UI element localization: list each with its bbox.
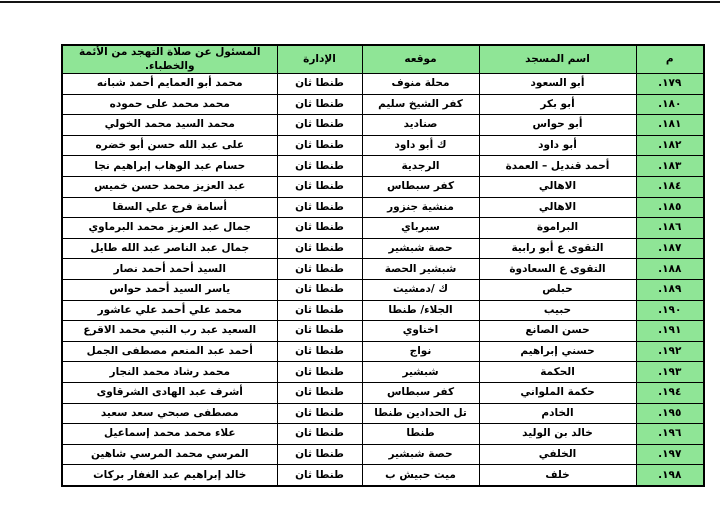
cell-admin: طنطا ثان (277, 218, 362, 239)
table-row: ١٩٤.حكمة الملوانيكفر سبطاسطنطا ثانأشرف ع… (62, 382, 704, 403)
table-row: ١٩٢.حسني إبراهيمنواجطنطا ثانأحمد عبد الم… (62, 341, 704, 362)
cell-num: ١٨٤. (636, 176, 704, 197)
cell-num: ١٩١. (636, 321, 704, 342)
cell-mosque: أحمد قنديل – العمدة (479, 156, 636, 177)
cell-admin: طنطا ثان (277, 424, 362, 445)
cell-location: الرجدية (362, 156, 479, 177)
cell-admin: طنطا ثان (277, 156, 362, 177)
cell-admin: طنطا ثان (277, 135, 362, 156)
cell-location: شبشير (362, 362, 479, 383)
cell-mosque: حبيب (479, 300, 636, 321)
cell-mosque: الخادم (479, 403, 636, 424)
cell-num: ١٨٢. (636, 135, 704, 156)
table-row: ١٩٠.حبيبالجلاء/ طنطاطنطا ثانمحمد علي أحم… (62, 300, 704, 321)
table-row: ١٩٥.الخادمتل الحدادين طنطاطنطا ثانمصطفى … (62, 403, 704, 424)
table-header-row: م اسم المسجد موقعه الإدارة المسئول عن صل… (62, 45, 704, 74)
document-page: م اسم المسجد موقعه الإدارة المسئول عن صل… (0, 0, 720, 509)
cell-num: ١٧٩. (636, 74, 704, 95)
cell-num: ١٩٨. (636, 465, 704, 486)
cell-responsible: محمد علي أحمد علي عاشور (62, 300, 277, 321)
cell-admin: طنطا ثان (277, 382, 362, 403)
cell-admin: طنطا ثان (277, 362, 362, 383)
cell-num: ١٨٥. (636, 197, 704, 218)
cell-admin: طنطا ثان (277, 74, 362, 95)
cell-num: ١٨٠. (636, 94, 704, 115)
cell-location: تل الحدادين طنطا (362, 403, 479, 424)
cell-mosque: التقوى ع السعادوة (479, 259, 636, 280)
cell-admin: طنطا ثان (277, 300, 362, 321)
cell-location: طنطا (362, 424, 479, 445)
cell-num: ١٨٩. (636, 279, 704, 300)
cell-location: ك أبو داود (362, 135, 479, 156)
cell-responsible: جمال عبد الناصر عبد الله طايل (62, 238, 277, 259)
cell-responsible: خالد إبراهيم عبد الغفار بركات (62, 465, 277, 486)
cell-admin: طنطا ثان (277, 115, 362, 136)
cell-responsible: السيد أحمد أحمد نصار (62, 259, 277, 280)
cell-location: سبرباي (362, 218, 479, 239)
cell-admin: طنطا ثان (277, 197, 362, 218)
cell-num: ١٩٦. (636, 424, 704, 445)
cell-location: محلة منوف (362, 74, 479, 95)
cell-location: منشية جنزور (362, 197, 479, 218)
top-rule-divider (0, 1, 720, 3)
cell-responsible: محمد السيد محمد الخولي (62, 115, 277, 136)
table-row: ١٧٩.أبو السعودمحلة منوفطنطا ثانمحمد أبو … (62, 74, 704, 95)
table-row: ١٨٣.أحمد قنديل – العمدةالرجديةطنطا ثانحس… (62, 156, 704, 177)
header-mosque-name: اسم المسجد (479, 45, 636, 74)
cell-admin: طنطا ثان (277, 259, 362, 280)
cell-responsible: علاء محمد محمد إسماعيل (62, 424, 277, 445)
cell-admin: طنطا ثان (277, 341, 362, 362)
cell-admin: طنطا ثان (277, 465, 362, 486)
cell-location: الجلاء/ طنطا (362, 300, 479, 321)
cell-admin: طنطا ثان (277, 444, 362, 465)
cell-admin: طنطا ثان (277, 403, 362, 424)
cell-admin: طنطا ثان (277, 321, 362, 342)
table-row: ١٨٨.التقوى ع السعادوةشبشير الحصةطنطا ثان… (62, 259, 704, 280)
cell-responsible: السعيد عبد رب النبي محمد الاقرع (62, 321, 277, 342)
table-row: ١٩٣.الحكمةشبشيرطنطا ثانمحمد رشاد محمد ال… (62, 362, 704, 383)
cell-num: ١٨٣. (636, 156, 704, 177)
cell-location: حصة شبشير (362, 238, 479, 259)
cell-responsible: مصطفى صبحي سعد سعيد (62, 403, 277, 424)
cell-mosque: حبلص (479, 279, 636, 300)
cell-num: ١٨١. (636, 115, 704, 136)
cell-mosque: الاهالي (479, 176, 636, 197)
cell-location: ك /دمشيت (362, 279, 479, 300)
table-header: م اسم المسجد موقعه الإدارة المسئول عن صل… (62, 45, 704, 74)
cell-num: ١٩٠. (636, 300, 704, 321)
cell-mosque: حسن الصانع (479, 321, 636, 342)
cell-responsible: أشرف عبد الهادى الشرقاوى (62, 382, 277, 403)
cell-num: ١٩٧. (636, 444, 704, 465)
cell-admin: طنطا ثان (277, 94, 362, 115)
cell-responsible: على عبد الله حسن أبو خضره (62, 135, 277, 156)
cell-num: ١٨٨. (636, 259, 704, 280)
cell-location: شبشير الحصة (362, 259, 479, 280)
cell-admin: طنطا ثان (277, 238, 362, 259)
cell-mosque: أبو السعود (479, 74, 636, 95)
cell-responsible: عبد العزيز محمد حسن خميس (62, 176, 277, 197)
table-row: ١٨٩.حبلصك /دمشيتطنطا ثانياسر السيد أحمد … (62, 279, 704, 300)
cell-mosque: خلف (479, 465, 636, 486)
cell-admin: طنطا ثان (277, 176, 362, 197)
cell-location: كفر الشيخ سليم (362, 94, 479, 115)
table-row: ١٨٦.البراموةسبربايطنطا ثانجمال عبد العزي… (62, 218, 704, 239)
cell-responsible: ياسر السيد أحمد حواس (62, 279, 277, 300)
header-administration: الإدارة (277, 45, 362, 74)
table-row: ١٩٨.خلفميت حبيش بطنطا ثانخالد إبراهيم عب… (62, 465, 704, 486)
cell-mosque: التقوى ع أبو رابية (479, 238, 636, 259)
table-row: ١٩١.حسن الصانعاخناويطنطا ثانالسعيد عبد ر… (62, 321, 704, 342)
cell-mosque: الاهالي (479, 197, 636, 218)
cell-mosque: أبو حواس (479, 115, 636, 136)
table-row: ١٩٦.خالد بن الوليدطنطاطنطا ثانعلاء محمد … (62, 424, 704, 445)
cell-location: كفر سبطاس (362, 176, 479, 197)
cell-num: ١٨٧. (636, 238, 704, 259)
cell-mosque: البراموة (479, 218, 636, 239)
cell-location: كفر سبطاس (362, 382, 479, 403)
table-row: ١٨٤.الاهاليكفر سبطاسطنطا ثانعبد العزيز م… (62, 176, 704, 197)
table-row: ١٨٧.التقوى ع أبو رابيةحصة شبشيرطنطا ثانج… (62, 238, 704, 259)
cell-location: ميت حبيش ب (362, 465, 479, 486)
cell-location: اخناوي (362, 321, 479, 342)
cell-mosque: حسني إبراهيم (479, 341, 636, 362)
cell-responsible: محمد أبو العمايم أحمد شبانه (62, 74, 277, 95)
table-row: ١٨١.أبو حواسصناديدطنطا ثانمحمد السيد محم… (62, 115, 704, 136)
cell-mosque: الحكمة (479, 362, 636, 383)
mosque-table: م اسم المسجد موقعه الإدارة المسئول عن صل… (61, 44, 705, 487)
cell-responsible: أسامة فرج علي السقا (62, 197, 277, 218)
cell-location: صناديد (362, 115, 479, 136)
cell-responsible: محمد محمد على حموده (62, 94, 277, 115)
cell-responsible: أحمد عبد المنعم مصطفى الجمل (62, 341, 277, 362)
cell-num: ١٩٤. (636, 382, 704, 403)
table-row: ١٨٢.أبو داودك أبو داودطنطا ثانعلى عبد ال… (62, 135, 704, 156)
table-row: ١٨٥.الاهاليمنشية جنزورطنطا ثانأسامة فرج … (62, 197, 704, 218)
cell-location: نواج (362, 341, 479, 362)
cell-responsible: جمال عبد العزيز محمد البرماوي (62, 218, 277, 239)
cell-responsible: المرسي محمد المرسي شاهين (62, 444, 277, 465)
header-responsible: المسئول عن صلاة التهجد من الأئمة والخطبا… (62, 45, 277, 74)
cell-num: ١٩٥. (636, 403, 704, 424)
cell-mosque: الخلفي (479, 444, 636, 465)
cell-num: ١٩٢. (636, 341, 704, 362)
cell-num: ١٩٣. (636, 362, 704, 383)
cell-mosque: حكمة الملواني (479, 382, 636, 403)
cell-admin: طنطا ثان (277, 279, 362, 300)
cell-location: حصة شبشير (362, 444, 479, 465)
cell-responsible: محمد رشاد محمد النجار (62, 362, 277, 383)
cell-num: ١٨٦. (636, 218, 704, 239)
header-number: م (636, 45, 704, 74)
table-body: ١٧٩.أبو السعودمحلة منوفطنطا ثانمحمد أبو … (62, 74, 704, 486)
cell-mosque: أبو بكر (479, 94, 636, 115)
header-location: موقعه (362, 45, 479, 74)
table-row: ١٩٧.الخلفيحصة شبشيرطنطا ثانالمرسي محمد ا… (62, 444, 704, 465)
table-row: ١٨٠.أبو بكركفر الشيخ سليمطنطا ثانمحمد مح… (62, 94, 704, 115)
cell-mosque: خالد بن الوليد (479, 424, 636, 445)
cell-mosque: أبو داود (479, 135, 636, 156)
cell-responsible: حسام عبد الوهاب إبراهيم نجا (62, 156, 277, 177)
